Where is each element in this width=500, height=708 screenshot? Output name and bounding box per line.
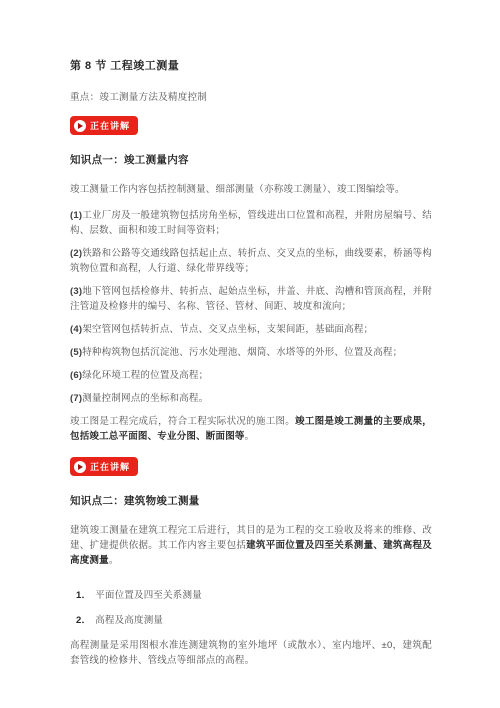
item-text: 特种构筑物包括沉淀池、污水处理池、烟筒、水塔等的外形、位置及高程； [82, 347, 402, 358]
now-explaining-badge[interactable]: 正在讲解 [70, 116, 138, 135]
badge-label: 正在讲解 [90, 460, 130, 473]
summary-tail-text: 。 [245, 431, 255, 442]
now-explaining-badge[interactable]: 正在讲解 [70, 457, 138, 476]
item-text: 地下管网包括检修井、转折点、起始点坐标，井盖、井底、沟槽和管顶高程，并附注管道及… [70, 286, 432, 312]
item-text: 绿化环境工程的位置及高程； [82, 370, 208, 381]
item-text: 测量控制网点的坐标和高程。 [82, 393, 208, 404]
item-number: (6) [70, 370, 82, 381]
list-item-5: (5)特种构筑物包括沉淀池、污水处理池、烟筒、水塔等的外形、位置及高程； [70, 345, 432, 360]
item-number: 2． [76, 615, 91, 626]
numbered-item-1: 1．平面位置及四至关系测量 [76, 588, 432, 603]
item-number: (3) [70, 286, 82, 297]
list-item-7: (7)测量控制网点的坐标和高程。 [70, 391, 432, 406]
play-icon [74, 461, 86, 473]
item-text: 高程及高度测量 [95, 615, 163, 626]
completion-drawing-summary: 竣工图是工程完成后，符合工程实际状况的施工图。竣工图是竣工测量的主要成果，包括竣… [70, 414, 432, 444]
item-text: 工业厂房及一般建筑物包括房角坐标，管线进出口位置和高程，并附房屋编号、结构、层数… [70, 210, 432, 236]
numbered-item-2: 2．高程及高度测量 [76, 613, 432, 628]
knowledge-point-1-title: 知识点一：竣工测量内容 [70, 152, 432, 167]
item-number: (2) [70, 248, 82, 259]
course-document-page: 第 8 节 工程竣工测量 重点：竣工测量方法及精度控制 正在讲解 知识点一：竣工… [0, 0, 500, 708]
intro-tail-text: 。 [109, 555, 119, 566]
item-number: (5) [70, 347, 82, 358]
play-icon [74, 120, 86, 132]
item-text: 架空管网包括转折点、节点、交叉点坐标，支架间距，基础面高程； [82, 324, 373, 335]
item-number: (7) [70, 393, 82, 404]
badge-label: 正在讲解 [90, 119, 130, 132]
item-number: (4) [70, 324, 82, 335]
list-item-6: (6)绿化环境工程的位置及高程； [70, 368, 432, 383]
knowledge-point-2-title: 知识点二：建筑物竣工测量 [70, 493, 432, 508]
item-text: 铁路和公路等交通线路包括起止点、转折点、交叉点的坐标，曲线要素，桥涵等构筑物位置… [70, 248, 432, 274]
knowledge-point-2-intro: 建筑竣工测量在建筑工程完工后进行，其目的是为工程的交工验收及将来的维修、改建、扩… [70, 523, 432, 568]
item-number: (1) [70, 210, 82, 221]
knowledge-point-1-intro: 竣工测量工作内容包括控制测量、细部测量（亦称竣工测量）、竣工图编绘等。 [70, 182, 432, 197]
list-item-4: (4)架空管网包括转折点、节点、交叉点坐标，支架间距，基础面高程； [70, 322, 432, 337]
item-text: 平面位置及四至关系测量 [95, 590, 202, 601]
summary-normal-text: 竣工图是工程完成后，符合工程实际状况的施工图。 [70, 416, 295, 427]
key-point-line: 重点：竣工测量方法及精度控制 [70, 89, 432, 103]
list-item-3: (3)地下管网包括检修井、转折点、起始点坐标，井盖、井底、沟槽和管顶高程，并附注… [70, 284, 432, 314]
now-explaining-badge-row-2: 正在讲解 [70, 457, 432, 476]
document-content: 第 8 节 工程竣工测量 重点：竣工测量方法及精度控制 正在讲解 知识点一：竣工… [0, 0, 500, 668]
item-number: 1． [76, 590, 91, 601]
elevation-detail-paragraph: 高程测量是采用图根水准连测建筑物的室外地坪（或散水）、室内地坪、±0，建筑配套管… [70, 638, 432, 668]
list-item-2: (2)铁路和公路等交通线路包括起止点、转折点、交叉点的坐标，曲线要素，桥涵等构筑… [70, 246, 432, 276]
now-explaining-badge-row-1: 正在讲解 [70, 116, 432, 135]
list-item-1: (1)工业厂房及一般建筑物包括房角坐标，管线进出口位置和高程，并附房屋编号、结构… [70, 208, 432, 238]
section-title: 第 8 节 工程竣工测量 [70, 57, 432, 73]
